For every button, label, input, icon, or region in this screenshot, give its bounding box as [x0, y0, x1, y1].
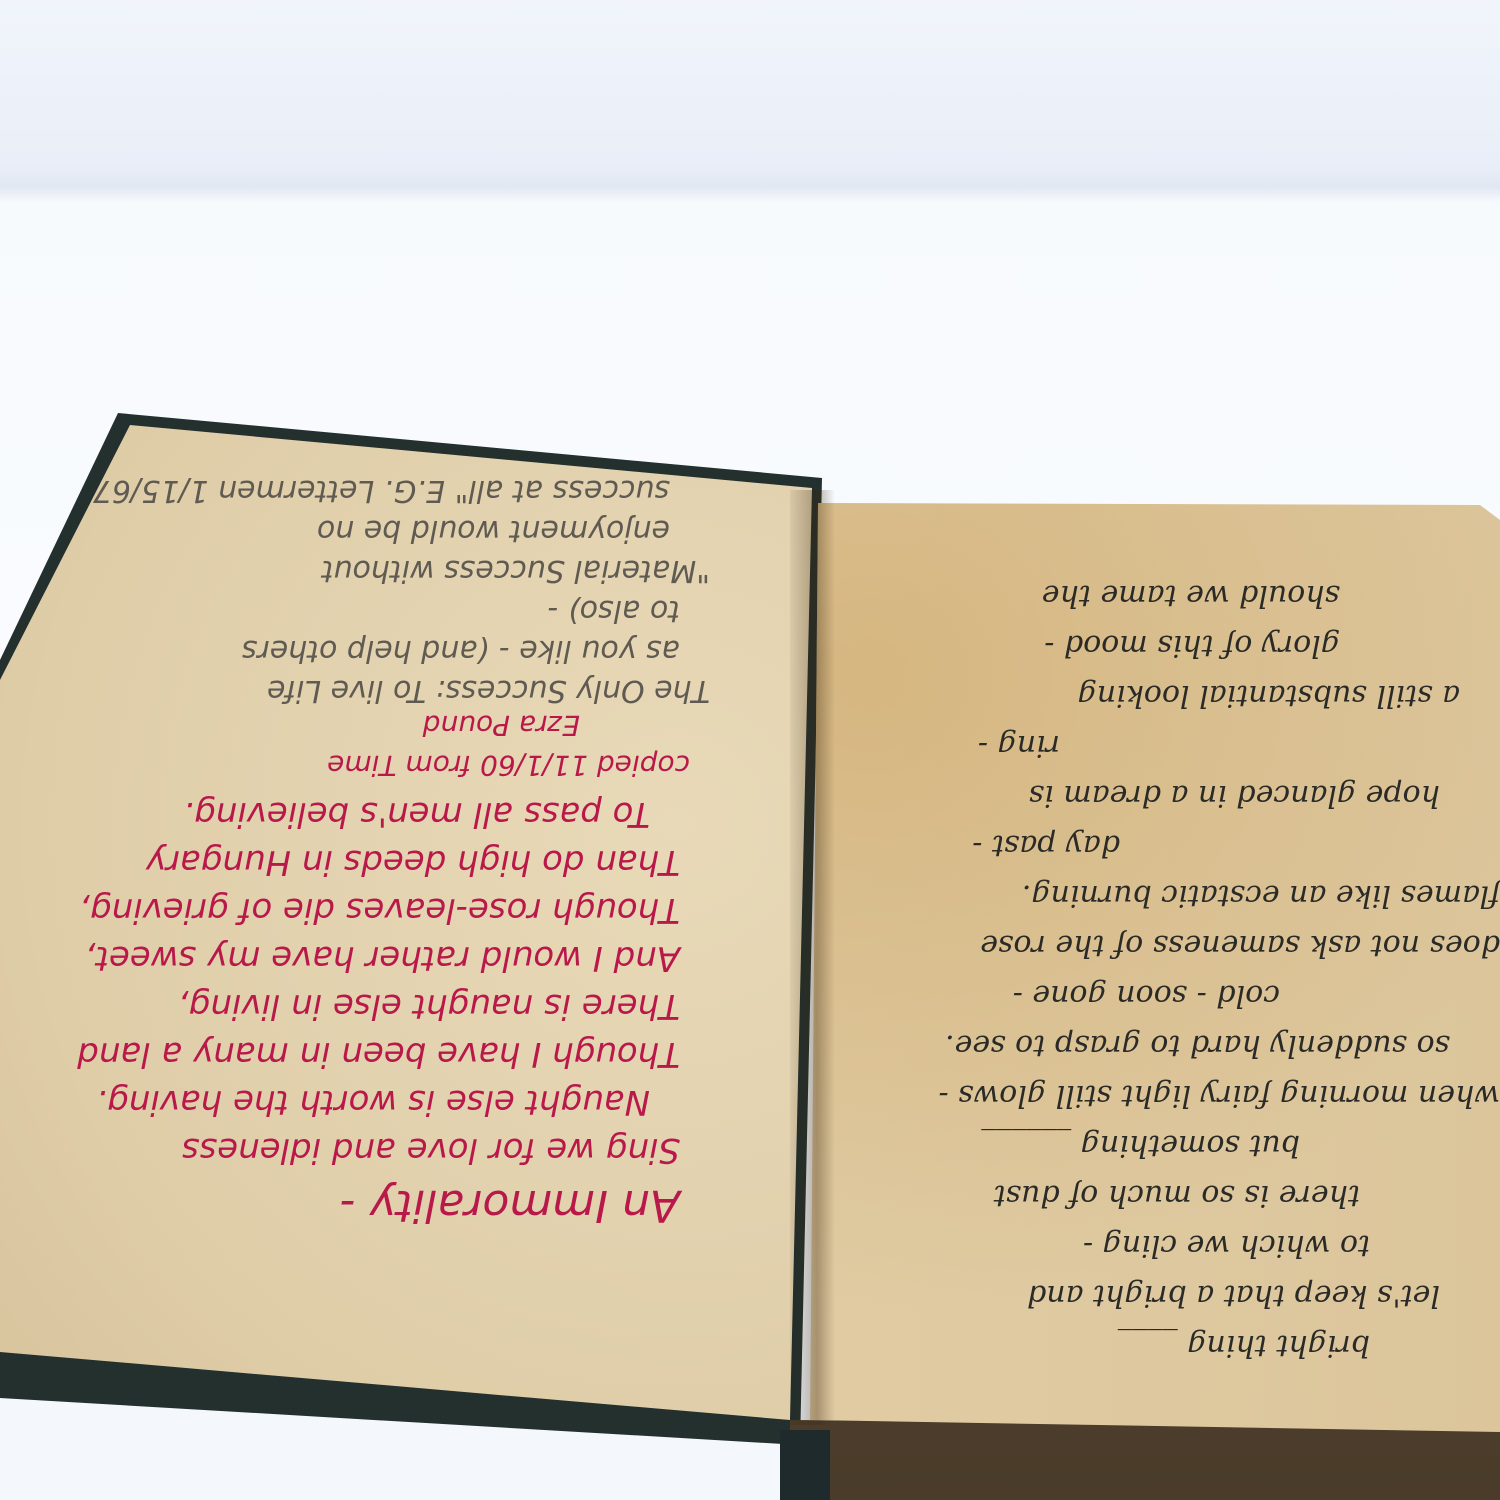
pencil-line: success at all" E.G. Lettermen 1/15/67 [110, 470, 710, 510]
ink-line: so suddenly hard to grasp to see. [840, 1020, 1500, 1070]
poem-line: Though I have been in many a land [0, 1030, 680, 1078]
pencil-line: to also) - [110, 590, 710, 630]
ink-line: flames like an ecstatic burning. [840, 870, 1500, 920]
poem-line: And I would rather have my sweet, [0, 934, 680, 982]
poem-line: There is naught else in living, [0, 982, 680, 1030]
ink-line: a still substantial looking [840, 670, 1500, 720]
ink-line: glory of this mood - [840, 620, 1500, 670]
ink-line: ring - [840, 720, 1500, 770]
ink-line: but something ______ [840, 1120, 1500, 1170]
poem-author: Ezra Pound [170, 705, 690, 745]
poem-line: Though rose-leaves die of grieving, [0, 886, 680, 934]
ink-line: cold - soon gone - [840, 970, 1500, 1020]
ink-line: hope glanced in a dream is [840, 770, 1500, 820]
poem-attribution: copied 11/1/60 from Time Ezra Pound [170, 705, 690, 785]
copied-note: copied 11/1/60 from Time [170, 745, 690, 785]
ink-line: let's keep that a bright and [840, 1270, 1500, 1320]
book-gutter [790, 490, 835, 1425]
pencil-line: as you like - (and help others [110, 630, 710, 670]
ink-note: bright thing ____ let's keep that a brig… [840, 570, 1500, 1370]
poem-line: Sing we for love and idleness [0, 1126, 680, 1174]
poem-line: Than do high deeds in Hungary [0, 838, 680, 886]
ink-line: should we tame the [840, 570, 1500, 620]
ink-line: when morning fairy light still glows - [840, 1070, 1500, 1120]
red-poem: An Immorality - Sing we for love and idl… [0, 790, 680, 1236]
ink-line: there is so much of dust [840, 1170, 1500, 1220]
ink-line: does not ask sameness of the rose [840, 920, 1500, 970]
ink-line: to which we cling - [840, 1220, 1500, 1270]
poem-title: An Immorality - [0, 1174, 680, 1236]
photo-scene: The Only Success: To live Life as you li… [0, 0, 1500, 1500]
poem-line: Naught else is worth the having. [0, 1078, 680, 1126]
pencil-line: The Only Success: To live Life [110, 670, 710, 710]
ink-line: day past - [840, 820, 1500, 870]
ink-line: bright thing ____ [840, 1320, 1500, 1370]
poem-line: To pass all men's believing. [0, 790, 680, 838]
pencil-line: enjoyment would be no [110, 510, 710, 550]
pencil-note: The Only Success: To live Life as you li… [110, 470, 710, 710]
pencil-line: "Material Success without [110, 550, 710, 590]
